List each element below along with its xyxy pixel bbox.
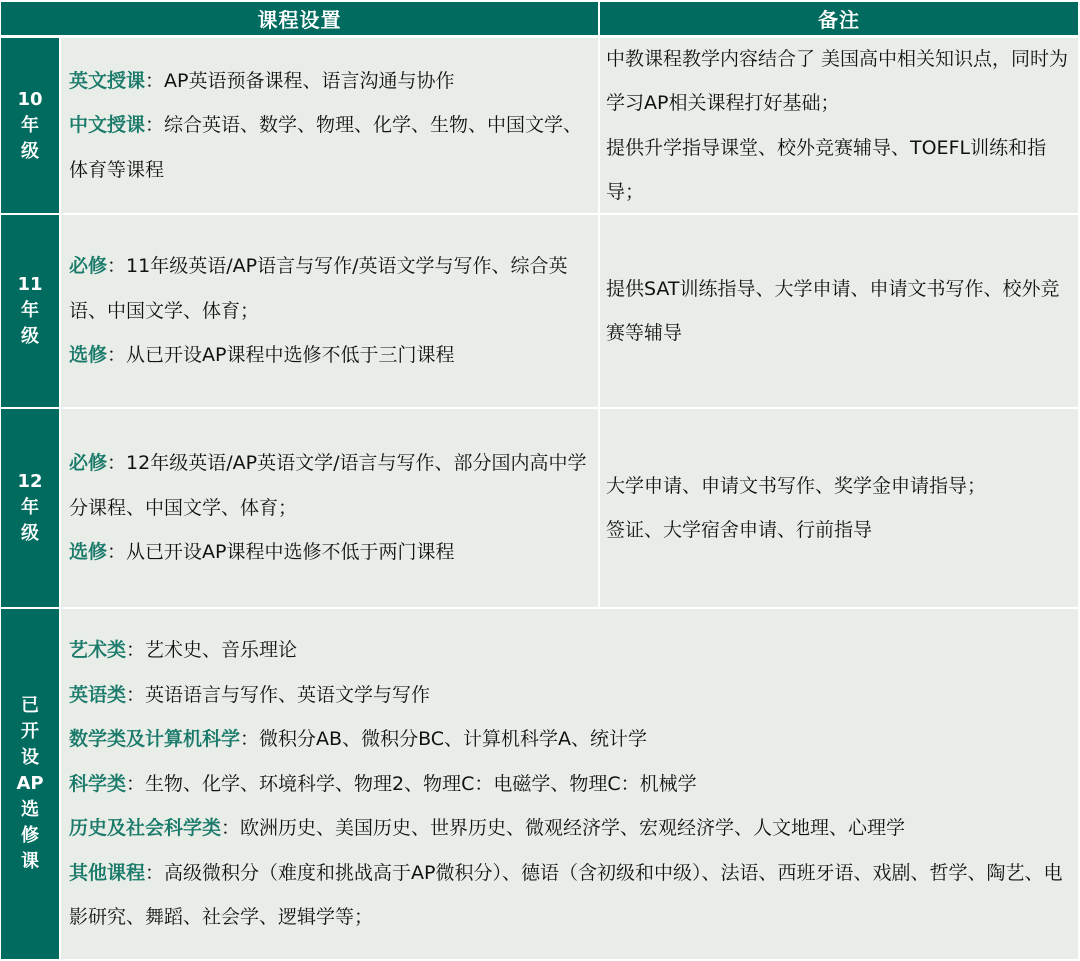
separator: ： (126, 773, 145, 795)
course-text: 12年级英语/AP英语文学/语言与写作、部分国内高中学分课程、中国文学、体育； (69, 452, 586, 519)
separator: ： (145, 70, 164, 92)
label-char: 选 (16, 797, 43, 823)
note-line: 签证、大学宿舍申请、行前指导 (606, 508, 1074, 553)
row-grade-12: 12 年 级 必修：12年级英语/AP英语文学/语言与写作、部分国内高中学分课程… (0, 409, 1080, 607)
course-line: 必修：12年级英语/AP英语文学/语言与写作、部分国内高中学分课程、中国文学、体… (69, 441, 592, 530)
course-term: 必修 (69, 452, 107, 474)
notes-cell: 中教课程教学内容结合了 美国高中相关知识点，同时为学习AP相关课程打好基础； 提… (600, 38, 1078, 213)
label-char: 已 (16, 693, 43, 719)
category-term: 英语类 (69, 684, 126, 706)
notes-cell: 提供SAT训练指导、大学申请、申请文书写作、校外竞赛等辅导 (600, 215, 1078, 407)
row-grade-10: 10 年 级 英文授课：AP英语预备课程、语言沟通与协作 中文授课：综合英语、数… (0, 38, 1080, 213)
category-courses: 欧洲历史、美国历史、世界历史、微观经济学、宏观经济学、人文地理、心理学 (240, 817, 905, 839)
header-course-settings: 课程设置 (1, 2, 598, 35)
label-char: 开 (16, 719, 43, 745)
label-char: 级 (17, 521, 42, 547)
label-char: 11 (17, 272, 42, 298)
category-term: 数学类及计算机科学 (69, 728, 240, 750)
grade-label: 11 年 级 (1, 215, 59, 407)
course-text: AP英语预备课程、语言沟通与协作 (164, 70, 454, 92)
course-term: 必修 (69, 255, 107, 277)
grade-label: 10 年 级 (1, 38, 59, 213)
note-line: 大学申请、申请文书写作、奖学金申请指导； (606, 464, 1074, 509)
label-char: 修 (16, 823, 43, 849)
course-line: 选修：从已开设AP课程中选修不低于三门课程 (69, 333, 592, 378)
separator: ： (240, 728, 259, 750)
ap-category-history-social: 历史及社会科学类：欧洲历史、美国历史、世界历史、微观经济学、宏观经济学、人文地理… (69, 806, 1072, 851)
note-line: 提供SAT训练指导、大学申请、申请文书写作、校外竞赛等辅导 (606, 267, 1074, 356)
grade-label: 12 年 级 (1, 409, 59, 607)
course-text: 从已开设AP课程中选修不低于三门课程 (126, 344, 454, 366)
label-char: 10 (17, 87, 42, 113)
label-char: 年 (17, 298, 42, 324)
separator: ： (221, 817, 240, 839)
category-term: 科学类 (69, 773, 126, 795)
header-notes: 备注 (600, 2, 1078, 35)
row-ap-electives: 已 开 设 AP 选 修 课 艺术类：艺术史、音乐理论 英语类：英语语言与写作、… (0, 609, 1080, 959)
category-courses: 艺术史、音乐理论 (145, 639, 297, 661)
course-line: 英文授课：AP英语预备课程、语言沟通与协作 (69, 59, 592, 104)
separator: ： (107, 344, 126, 366)
label-char: 12 (17, 469, 42, 495)
course-text: 11年级英语/AP语言与写作/英语文学与写作、综合英语、中国文学、体育； (69, 255, 567, 322)
ap-category-arts: 艺术类：艺术史、音乐理论 (69, 628, 1072, 673)
ap-courses-cell: 艺术类：艺术史、音乐理论 英语类：英语语言与写作、英语文学与写作 数学类及计算机… (61, 609, 1078, 959)
separator: ： (107, 255, 126, 277)
category-term: 历史及社会科学类 (69, 817, 221, 839)
category-courses: 微积分AB、微积分BC、计算机科学A、统计学 (259, 728, 647, 750)
course-term: 中文授课 (69, 114, 145, 136)
label-char: 设 (16, 745, 43, 771)
label-char: 课 (16, 849, 43, 875)
separator: ： (126, 639, 145, 661)
course-cell: 必修：11年级英语/AP语言与写作/英语文学与写作、综合英语、中国文学、体育； … (61, 215, 598, 407)
label-char: 级 (17, 139, 42, 165)
separator: ： (145, 862, 164, 884)
category-courses: 生物、化学、环境科学、物理2、物理C：电磁学、物理C：机械学 (145, 773, 697, 795)
category-courses: 英语语言与写作、英语文学与写作 (145, 684, 430, 706)
note-line: 中教课程教学内容结合了 美国高中相关知识点，同时为学习AP相关课程打好基础； (606, 37, 1074, 126)
ap-category-science: 科学类：生物、化学、环境科学、物理2、物理C：电磁学、物理C：机械学 (69, 762, 1072, 807)
separator: ： (126, 684, 145, 706)
course-term: 选修 (69, 541, 107, 563)
curriculum-table: 课程设置 备注 10 年 级 英文授课：AP英语预备课程、语言沟通与协作 中文授… (0, 0, 1080, 961)
course-text: 从已开设AP课程中选修不低于两门课程 (126, 541, 454, 563)
note-line: 提供升学指导课堂、校外竞赛辅导、TOEFL训练和指导； (606, 126, 1074, 215)
label-char: 年 (17, 113, 42, 139)
separator: ： (107, 452, 126, 474)
notes-cell: 大学申请、申请文书写作、奖学金申请指导； 签证、大学宿舍申请、行前指导 (600, 409, 1078, 607)
category-courses: 高级微积分（难度和挑战高于AP微积分）、德语（含初级和中级）、法语、西班牙语、戏… (69, 862, 1063, 929)
course-line: 中文授课：综合英语、数学、物理、化学、生物、中国文学、体育等课程 (69, 103, 592, 192)
course-line: 选修：从已开设AP课程中选修不低于两门课程 (69, 530, 592, 575)
ap-category-math-cs: 数学类及计算机科学：微积分AB、微积分BC、计算机科学A、统计学 (69, 717, 1072, 762)
category-term: 其他课程 (69, 862, 145, 884)
course-term: 英文授课 (69, 70, 145, 92)
course-term: 选修 (69, 344, 107, 366)
category-term: 艺术类 (69, 639, 126, 661)
ap-electives-label: 已 开 设 AP 选 修 课 (1, 609, 59, 959)
row-grade-11: 11 年 级 必修：11年级英语/AP语言与写作/英语文学与写作、综合英语、中国… (0, 215, 1080, 407)
ap-category-english: 英语类：英语语言与写作、英语文学与写作 (69, 673, 1072, 718)
ap-category-other: 其他课程：高级微积分（难度和挑战高于AP微积分）、德语（含初级和中级）、法语、西… (69, 851, 1072, 940)
label-char: 级 (17, 324, 42, 350)
separator: ： (145, 114, 164, 136)
label-char: AP (16, 771, 43, 797)
course-line: 必修：11年级英语/AP语言与写作/英语文学与写作、综合英语、中国文学、体育； (69, 244, 592, 333)
label-char: 年 (17, 495, 42, 521)
course-cell: 英文授课：AP英语预备课程、语言沟通与协作 中文授课：综合英语、数学、物理、化学… (61, 38, 598, 213)
separator: ： (107, 541, 126, 563)
course-cell: 必修：12年级英语/AP英语文学/语言与写作、部分国内高中学分课程、中国文学、体… (61, 409, 598, 607)
